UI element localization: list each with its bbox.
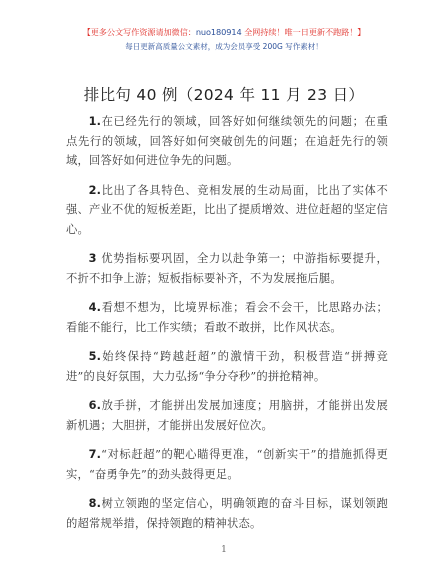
promo-banner-line1: 【更多公文写作资源请加微信：nuo180914 全网持续！唯一日更新不跑路！】 (0, 27, 448, 38)
paragraph-number: 1. (89, 115, 102, 128)
paragraph-text: 优势指标要巩固，全力以赴争第一；中游指标要提升，不折不扣争上游；短板指标要补齐，… (66, 252, 388, 285)
paragraph-number: 8. (89, 497, 102, 510)
paragraph-number: 3 (89, 252, 102, 265)
paragraph-text: 看想不想为，比境界标准；看会不会干，比思路办法；看能不能行，比工作实绩；看敢不敢… (66, 301, 388, 334)
paragraph-7: 7.“对标赶超”的靶心瞄得更准，“创新实干”的措施抓得更实，“奋勇争先”的劲头鼓… (66, 445, 388, 484)
paragraph-text: 树立领跑的坚定信心，明确领跑的奋斗目标，谋划领跑的超常规举措，保持领跑的精神状态… (66, 497, 388, 530)
paragraph-3: 3 优势指标要巩固，全力以赴争第一；中游指标要提升，不折不扣争上游；短板指标要补… (66, 249, 388, 288)
document-title: 排比句 40 例（2024 年 11 月 23 日） (0, 83, 448, 105)
paragraph-text: “对标赶超”的靶心瞄得更准，“创新实干”的措施抓得更实，“奋勇争先”的劲头鼓得更… (66, 448, 388, 481)
page-number: 1 (0, 545, 448, 555)
paragraph-text: 在已经先行的领域，回答好如何继续领先的问题；在重点先行的领域，回答好如何突破创先… (66, 115, 388, 167)
paragraph-6: 6.放手拼，才能拼出发展加速度；用脑拼，才能拼出发展新机遇；大胆拼，才能拼出发展… (66, 396, 388, 435)
paragraph-number: 7. (89, 448, 102, 461)
paragraph-1: 1.在已经先行的领域，回答好如何继续领先的问题；在重点先行的领域，回答好如何突破… (66, 112, 388, 171)
paragraph-4: 4.看想不想为，比境界标准；看会不会干，比思路办法；看能不能行，比工作实绩；看敢… (66, 298, 388, 337)
wechat-id: nuo180914 (196, 27, 242, 37)
paragraph-text: 放手拼，才能拼出发展加速度；用脑拼，才能拼出发展新机遇；大胆拼，才能拼出发展好位… (66, 399, 388, 432)
paragraph-number: 6. (89, 399, 102, 412)
promo-prefix: 【更多公文写作资源请加微信： (83, 27, 196, 37)
paragraph-text: 始终保持“跨越赶超”的激情干劲，积极营造“拼搏竞进”的良好氛围，大力弘扬“争分夺… (66, 350, 388, 383)
paragraph-number: 5. (89, 350, 102, 363)
paragraph-number: 4. (89, 301, 102, 314)
paragraph-text: 比出了各具特色、竞相发展的生动局面，比出了实体不强、产业不优的短板差距，比出了提… (66, 184, 388, 236)
paragraph-8: 8.树立领跑的坚定信心，明确领跑的奋斗目标，谋划领跑的超常规举措，保持领跑的精神… (66, 494, 388, 533)
paragraph-5: 5.始终保持“跨越赶超”的激情干劲，积极营造“拼搏竞进”的良好氛围，大力弘扬“争… (66, 347, 388, 386)
paragraph-2: 2.比出了各具特色、竞相发展的生动局面，比出了实体不强、产业不优的短板差距，比出… (66, 181, 388, 240)
paragraph-number: 2. (89, 184, 102, 197)
promo-banner-line2: 每日更新高质量公文素材，成为会员享受 200G 写作素材！ (0, 41, 448, 52)
document-body: 1.在已经先行的领域，回答好如何继续领先的问题；在重点先行的领域，回答好如何突破… (66, 112, 388, 543)
promo-suffix: 全网持续！唯一日更新不跑路！】 (242, 27, 366, 37)
